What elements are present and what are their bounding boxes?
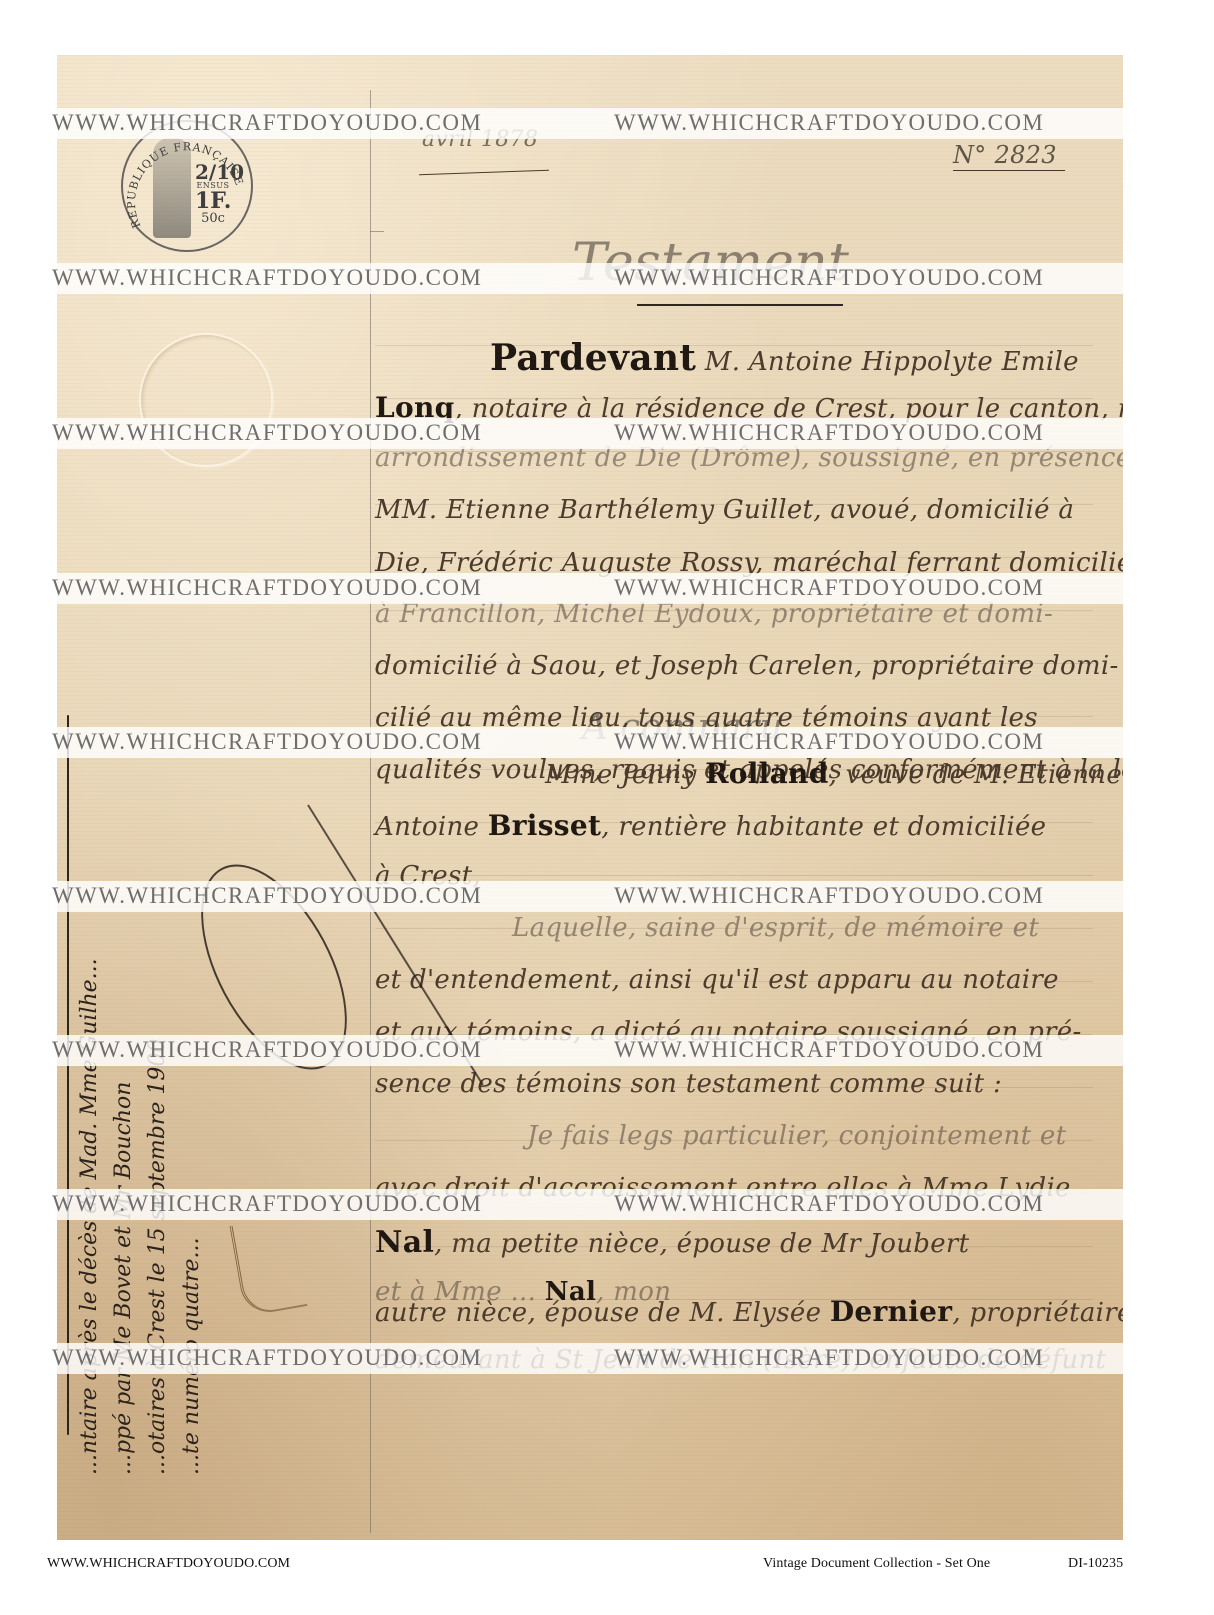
watermark-text: WWW.WHICHCRAFTDOYOUDO.COM (52, 420, 482, 446)
watermark-band: WWW.WHICHCRAFTDOYOUDO.COM WWW.WHICHCRAFT… (0, 1189, 1214, 1220)
name-bold: Dernier (830, 1295, 953, 1328)
date-underline (419, 170, 549, 176)
watermark-band: WWW.WHICHCRAFTDOYOUDO.COM WWW.WHICHCRAFT… (0, 727, 1214, 758)
signature-secondary (229, 1215, 307, 1317)
body-line: domicilié à Saou, et Joseph Carelen, pro… (375, 651, 1119, 681)
watermark-text: WWW.WHICHCRAFTDOYOUDO.COM (614, 729, 1044, 755)
watermark-text: WWW.WHICHCRAFTDOYOUDO.COM (52, 729, 482, 755)
tax-stamp: REPUBLIQUE FRANÇAISE 2/10 ENSUS 1F. 50c (121, 120, 253, 252)
body-line: Laquelle, saine d'esprit, de mémoire et (512, 913, 1039, 943)
line-text: M. Antoine Hippolyte Emile (696, 347, 1079, 377)
watermark-band: WWW.WHICHCRAFTDOYOUDO.COM WWW.WHICHCRAFT… (0, 263, 1214, 294)
body-line: autre nièce, épouse de M. Elysée Dernier… (375, 1295, 1123, 1328)
watermark-text: WWW.WHICHCRAFTDOYOUDO.COM (52, 110, 482, 136)
line-text: autre nièce, épouse de M. Elysée (375, 1298, 830, 1328)
watermark-band: WWW.WHICHCRAFTDOYOUDO.COM WWW.WHICHCRAFT… (0, 1035, 1214, 1066)
line-text: Antoine (375, 812, 488, 842)
stamp-value-top: 2/10 (195, 162, 231, 182)
watermark-text: WWW.WHICHCRAFTDOYOUDO.COM (52, 1191, 482, 1217)
line-tail: , rentière habitante et domiciliée (601, 812, 1046, 842)
lead-word: Pardevant (490, 337, 696, 379)
name-bold: Brisset (488, 809, 601, 842)
stamp-value-franc: 1F. (195, 190, 231, 212)
line-text: Mme Jenny (545, 760, 705, 790)
name-bold: Rolland (705, 757, 828, 790)
watermark-band: WWW.WHICHCRAFTDOYOUDO.COM WWW.WHICHCRAFT… (0, 573, 1214, 604)
watermark-text: WWW.WHICHCRAFTDOYOUDO.COM (614, 1191, 1044, 1217)
watermark-text: WWW.WHICHCRAFTDOYOUDO.COM (52, 1037, 482, 1063)
footer-website: WWW.WHICHCRAFTDOYOUDO.COM (47, 1556, 290, 1572)
margin-bracket (67, 715, 69, 1435)
watermark-text: WWW.WHICHCRAFTDOYOUDO.COM (614, 110, 1044, 136)
watermark-text: WWW.WHICHCRAFTDOYOUDO.COM (52, 1345, 482, 1371)
margin-rule (370, 90, 371, 1533)
margin-tick (370, 231, 384, 232)
watermark-text: WWW.WHICHCRAFTDOYOUDO.COM (52, 265, 482, 291)
body-line: sence des témoins son testament comme su… (375, 1069, 1002, 1099)
justice-figure-icon (153, 138, 191, 238)
body-line: Pardevant M. Antoine Hippolyte Emile (490, 337, 1079, 379)
watermark-band: WWW.WHICHCRAFTDOYOUDO.COM WWW.WHICHCRAFT… (0, 418, 1214, 449)
body-line: Mme Jenny Rolland, veuve de M. Etienne (545, 757, 1122, 790)
watermark-text: WWW.WHICHCRAFTDOYOUDO.COM (614, 265, 1044, 291)
watermark-text: WWW.WHICHCRAFTDOYOUDO.COM (614, 883, 1044, 909)
body-line: Je fais legs particulier, conjointement … (527, 1121, 1066, 1151)
footer-collection: Vintage Document Collection - Set One (763, 1556, 990, 1572)
body-line: Nal, ma petite nièce, épouse de Mr Joube… (375, 1225, 969, 1260)
body-line: Antoine Brisset, rentière habitante et d… (375, 809, 1046, 842)
name-bold: Nal (375, 1225, 434, 1260)
watermark-band: WWW.WHICHCRAFTDOYOUDO.COM WWW.WHICHCRAFT… (0, 1343, 1214, 1374)
title-underline (637, 304, 843, 306)
body-line: MM. Etienne Barthélemy Guillet, avoué, d… (375, 495, 1074, 525)
watermark-text: WWW.WHICHCRAFTDOYOUDO.COM (614, 420, 1044, 446)
watermark-text: WWW.WHICHCRAFTDOYOUDO.COM (614, 1345, 1044, 1371)
watermark-text: WWW.WHICHCRAFTDOYOUDO.COM (52, 883, 482, 909)
line-tail: , ma petite nièce, épouse de Mr Joubert (434, 1229, 969, 1259)
watermark-text: WWW.WHICHCRAFTDOYOUDO.COM (614, 575, 1044, 601)
watermark-band: WWW.WHICHCRAFTDOYOUDO.COM WWW.WHICHCRAFT… (0, 881, 1214, 912)
body-line: et d'entendement, ainsi qu'il est apparu… (375, 965, 1059, 995)
ruled-line (375, 875, 1093, 876)
watermark-text: WWW.WHICHCRAFTDOYOUDO.COM (614, 1037, 1044, 1063)
line-tail: , propriétaire (952, 1298, 1123, 1328)
document-number: N° 2823 (953, 141, 1057, 169)
number-underline (953, 170, 1065, 171)
line-tail: , veuve de M. Etienne (829, 760, 1122, 790)
watermark-band: WWW.WHICHCRAFTDOYOUDO.COM WWW.WHICHCRAFT… (0, 108, 1214, 139)
watermark-text: WWW.WHICHCRAFTDOYOUDO.COM (52, 575, 482, 601)
stamp-value: 2/10 ENSUS 1F. 50c (195, 162, 231, 225)
footer-item-code: DI-10235 (1068, 1556, 1123, 1572)
